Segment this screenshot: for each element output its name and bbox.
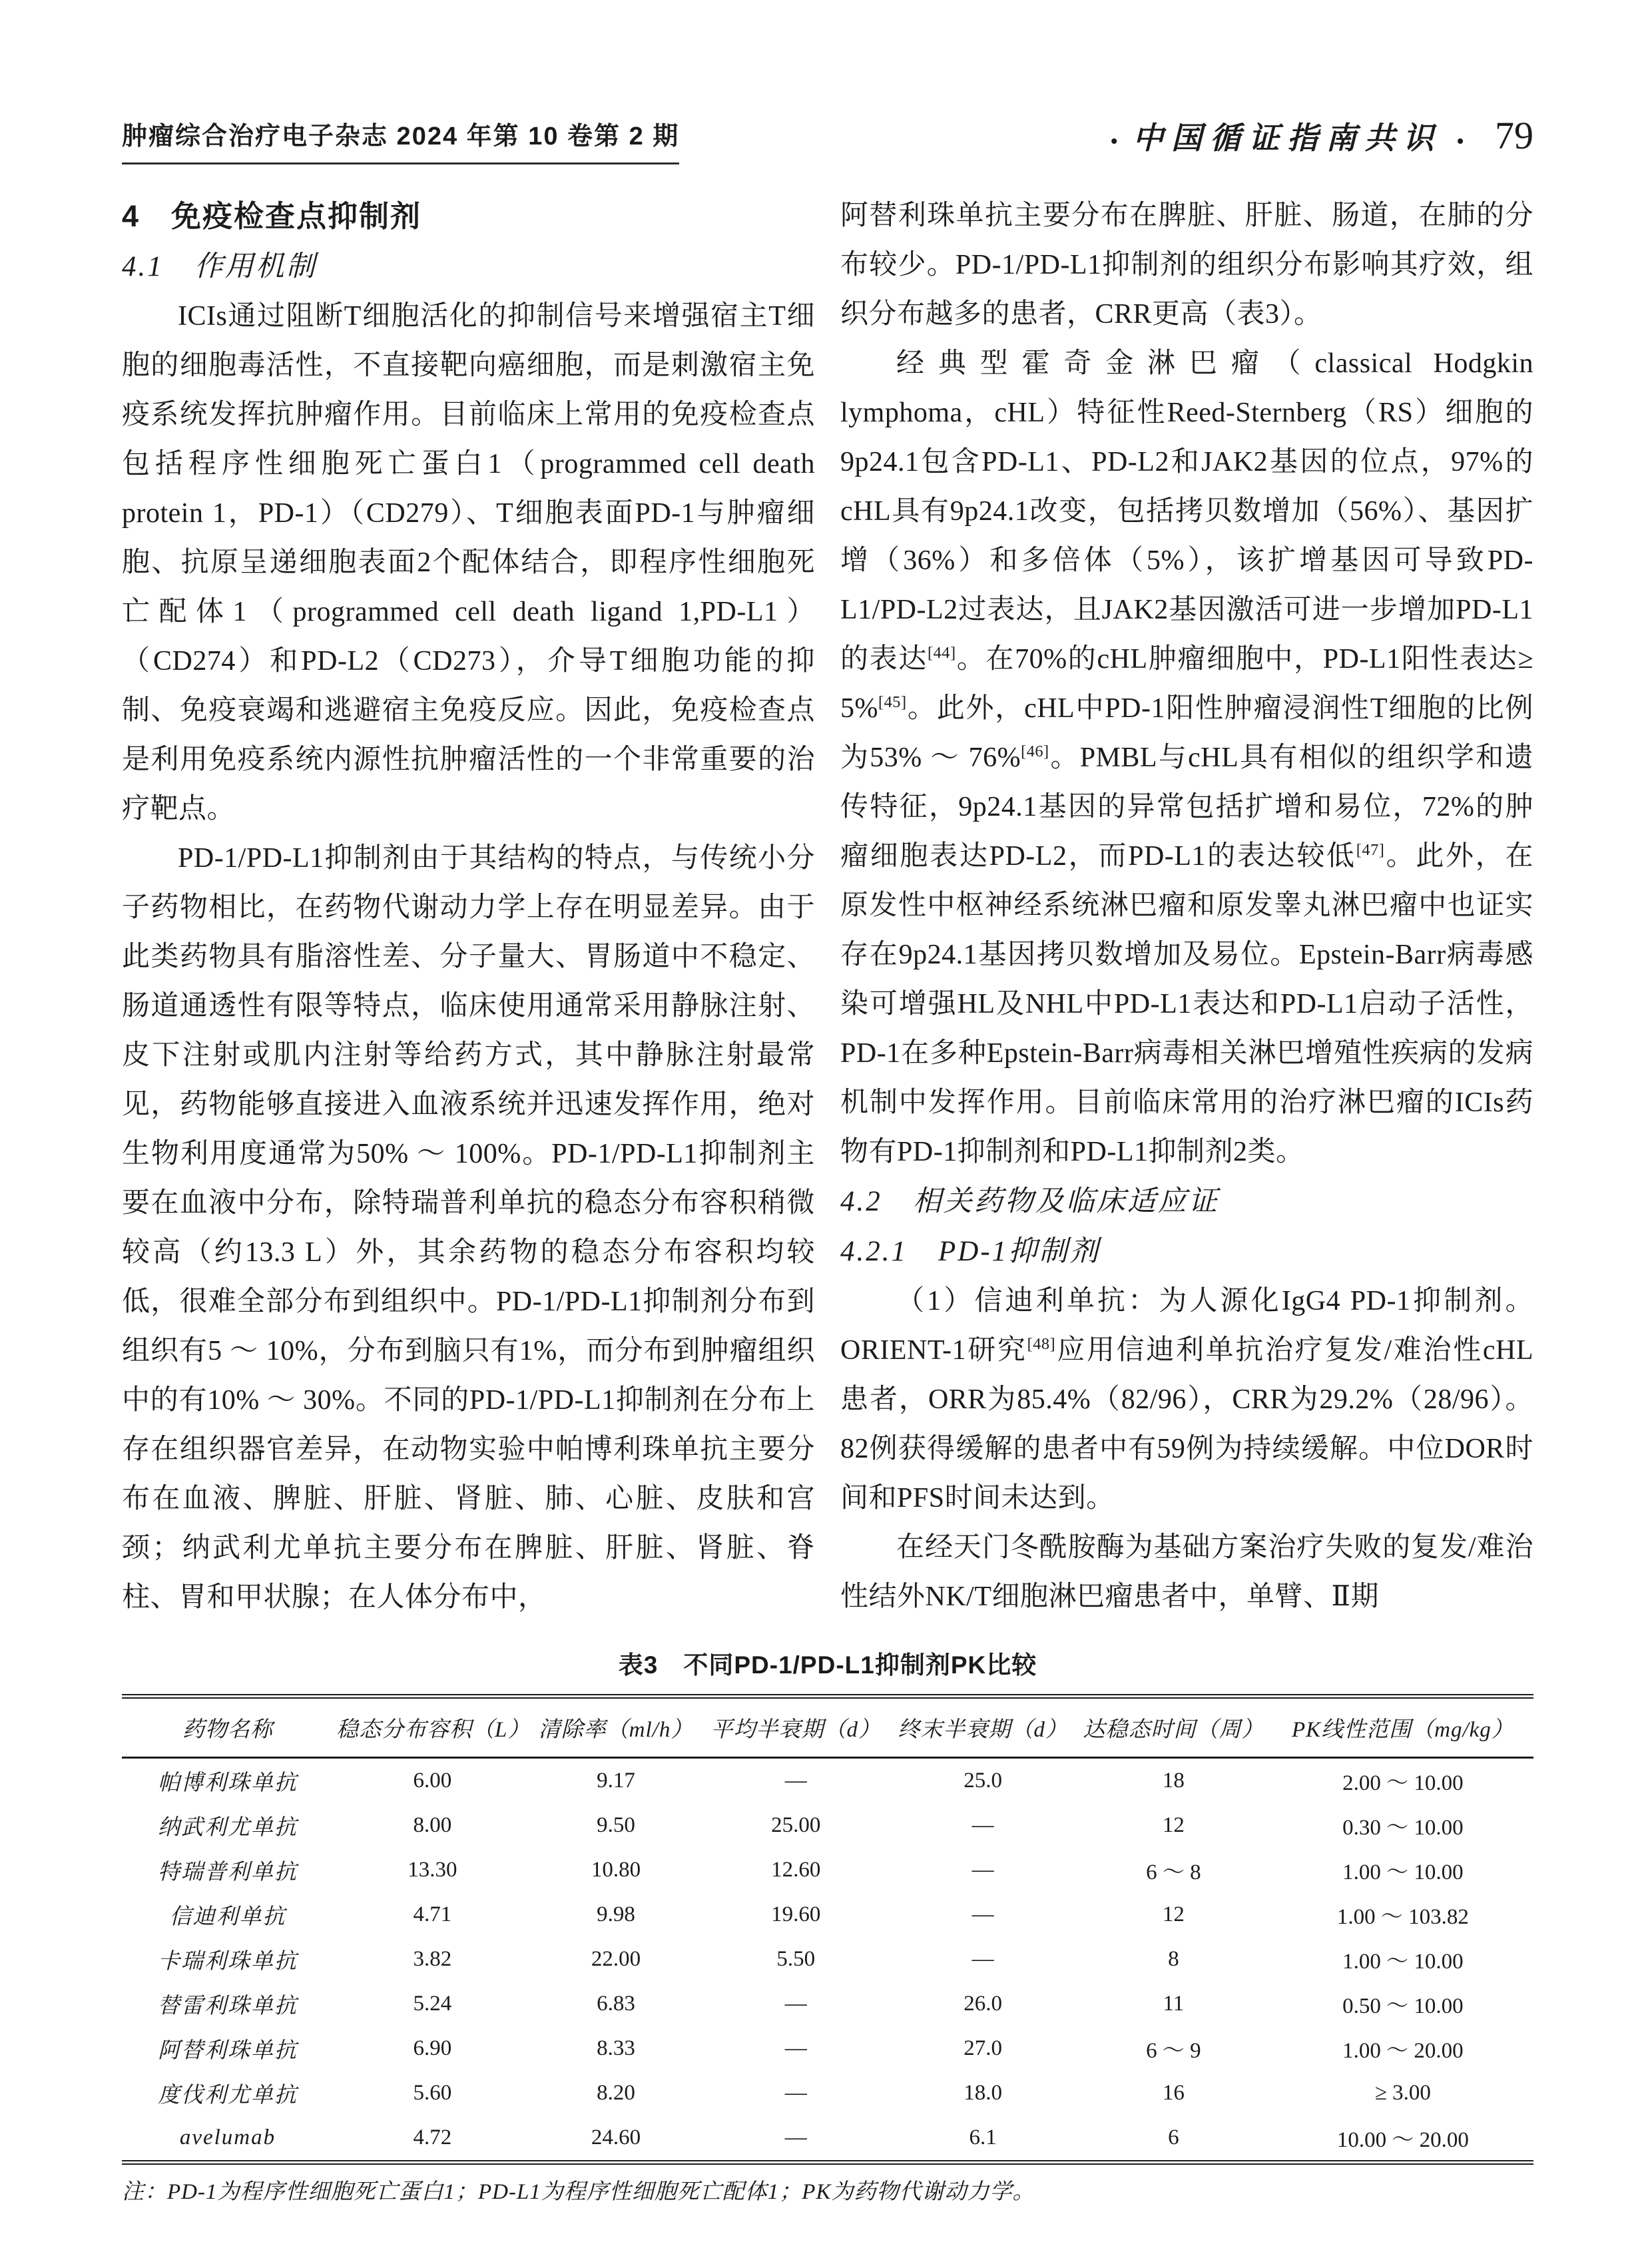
table-row: 特瑞普利单抗 13.30 10.80 12.60 — 6 ～ 8 1.00 ～ …: [122, 1848, 1533, 1892]
pk-range-cell: 1.00 ～ 10.00: [1272, 1848, 1533, 1892]
subsection-heading-4-2: 4.2 相关药物及临床适应证: [840, 1177, 1533, 1227]
steady-state-cell: 12: [1075, 1892, 1272, 1937]
drug-name-cell: avelumab: [122, 2115, 334, 2163]
terminal-half-life-cell: 25.0: [891, 1758, 1075, 1804]
table-header-row: 药物名称 稳态分布容积（L） 清除率（ml/h） 平均半衰期（d） 终末半衰期（…: [122, 1697, 1533, 1758]
col-header-drug-name: 药物名称: [122, 1697, 334, 1758]
col-header-vd: 稳态分布容积（L）: [334, 1697, 531, 1758]
terminal-half-life-cell: —: [891, 1937, 1075, 1982]
table3-footnote: 注：PD-1为程序性细胞死亡蛋白1；PD-L1为程序性细胞死亡配体1；PK为药物…: [122, 2177, 1533, 2207]
pk-range-cell: 0.30 ～ 10.00: [1272, 1803, 1533, 1848]
pk-range-cell: 10.00 ～ 20.00: [1272, 2115, 1533, 2163]
vd-cell: 3.82: [334, 1937, 531, 1982]
journal-page: 肿瘤综合治疗电子杂志 2024 年第 10 卷第 2 期 • 中国循证指南共识 …: [0, 0, 1652, 2242]
column-left: 4 免疫检查点抑制剂 4.1 作用机制 ICIs通过阻断T细胞活化的抑制信号来增…: [122, 191, 815, 1622]
section-heading-4: 4 免疫检查点抑制剂: [122, 191, 815, 242]
clearance-cell: 6.83: [531, 1982, 700, 2026]
paragraph-hodgkin: 经典型霍奇金淋巴瘤（classical Hodgkin lymphoma，cHL…: [840, 339, 1533, 1177]
vd-cell: 5.60: [334, 2071, 531, 2115]
subsection-heading-4-1: 4.1 作用机制: [122, 242, 815, 292]
drug-name-cell: 帕博利珠单抗: [122, 1758, 334, 1804]
terminal-half-life-cell: 26.0: [891, 1982, 1075, 2026]
steady-state-cell: 11: [1075, 1982, 1272, 2026]
clearance-cell: 8.33: [531, 2026, 700, 2071]
header-right: • 中国循证指南共识 • 79: [1110, 113, 1533, 164]
mean-half-life-cell: 5.50: [700, 1937, 891, 1982]
steady-state-cell: 16: [1075, 2071, 1272, 2115]
drug-name-cell: 纳武利尤单抗: [122, 1803, 334, 1848]
table3-block: 表3 不同PD-1/PD-L1抑制剂PK比较 药物名称 稳态分布容积（L） 清除…: [122, 1645, 1533, 2207]
mean-half-life-cell: —: [700, 1982, 891, 2026]
mean-half-life-cell: —: [700, 2071, 891, 2115]
table-row: 帕博利珠单抗 6.00 9.17 — 25.0 18 2.00 ～ 10.00: [122, 1758, 1533, 1804]
table-row: 卡瑞利珠单抗 3.82 22.00 5.50 — 8 1.00 ～ 10.00: [122, 1937, 1533, 1982]
mean-half-life-cell: 19.60: [700, 1892, 891, 1937]
vd-cell: 8.00: [334, 1803, 531, 1848]
mean-half-life-cell: 25.00: [700, 1803, 891, 1848]
page-number: 79: [1495, 113, 1533, 158]
clearance-cell: 22.00: [531, 1937, 700, 1982]
drug-name-cell: 特瑞普利单抗: [122, 1848, 334, 1892]
steady-state-cell: 6 ～ 8: [1075, 1848, 1272, 1892]
table-row: avelumab 4.72 24.60 — 6.1 6 10.00 ～ 20.0…: [122, 2115, 1533, 2163]
table-row: 信迪利单抗 4.71 9.98 19.60 — 12 1.00 ～ 103.82: [122, 1892, 1533, 1937]
pk-comparison-table: 药物名称 稳态分布容积（L） 清除率（ml/h） 平均半衰期（d） 终末半衰期（…: [122, 1694, 1533, 2165]
mean-half-life-cell: —: [700, 2026, 891, 2071]
pk-range-cell: 2.00 ～ 10.00: [1272, 1758, 1533, 1804]
drug-name-cell: 阿替利珠单抗: [122, 2026, 334, 2071]
column-right: 阿替利珠单抗主要分布在脾脏、肝脏、肠道，在肺的分布较少。PD-1/PD-L1抑制…: [840, 191, 1533, 1622]
vd-cell: 6.90: [334, 2026, 531, 2071]
vd-cell: 6.00: [334, 1758, 531, 1804]
vd-cell: 5.24: [334, 1982, 531, 2026]
col-header-steady-state: 达稳态时间（周）: [1075, 1697, 1272, 1758]
mean-half-life-cell: —: [700, 2115, 891, 2163]
drug-name-cell: 信迪利单抗: [122, 1892, 334, 1937]
drug-name-cell: 度伐利尤单抗: [122, 2071, 334, 2115]
pk-range-cell: 1.00 ～ 20.00: [1272, 2026, 1533, 2071]
table-row: 度伐利尤单抗 5.60 8.20 — 18.0 16 ≥ 3.00: [122, 2071, 1533, 2115]
subsection-heading-4-2-1: 4.2.1 PD-1抑制剂: [840, 1227, 1533, 1276]
journal-title: 肿瘤综合治疗电子杂志 2024 年第 10 卷第 2 期: [122, 115, 679, 164]
vd-cell: 4.71: [334, 1892, 531, 1937]
steady-state-cell: 12: [1075, 1803, 1272, 1848]
table-row: 纳武利尤单抗 8.00 9.50 25.00 — 12 0.30 ～ 10.00: [122, 1803, 1533, 1848]
vd-cell: 13.30: [334, 1848, 531, 1892]
col-header-mean-half-life: 平均半衰期（d）: [700, 1697, 891, 1758]
page-header: 肿瘤综合治疗电子杂志 2024 年第 10 卷第 2 期 • 中国循证指南共识 …: [122, 113, 1533, 164]
clearance-cell: 24.60: [531, 2115, 700, 2163]
clearance-cell: 8.20: [531, 2071, 700, 2115]
mean-half-life-cell: —: [700, 1758, 891, 1804]
pk-range-cell: 1.00 ～ 10.00: [1272, 1937, 1533, 1982]
pk-range-cell: 1.00 ～ 103.82: [1272, 1892, 1533, 1937]
bullet-icon: •: [1456, 131, 1464, 153]
drug-name-cell: 替雷利珠单抗: [122, 1982, 334, 2026]
table-row: 阿替利珠单抗 6.90 8.33 — 27.0 6 ～ 9 1.00 ～ 20.…: [122, 2026, 1533, 2071]
vd-cell: 4.72: [334, 2115, 531, 2163]
terminal-half-life-cell: —: [891, 1848, 1075, 1892]
terminal-half-life-cell: —: [891, 1803, 1075, 1848]
col-header-terminal-half-life: 终末半衰期（d）: [891, 1697, 1075, 1758]
paragraph-mechanism: ICIs通过阻断T细胞活化的抑制信号来增强宿主T细胞的细胞毒活性，不直接靶向癌细…: [122, 292, 815, 834]
clearance-cell: 10.80: [531, 1848, 700, 1892]
table-row: 替雷利珠单抗 5.24 6.83 — 26.0 11 0.50 ～ 10.00: [122, 1982, 1533, 2026]
steady-state-cell: 18: [1075, 1758, 1272, 1804]
bullet-icon: •: [1110, 131, 1118, 153]
terminal-half-life-cell: 6.1: [891, 2115, 1075, 2163]
terminal-half-life-cell: 18.0: [891, 2071, 1075, 2115]
paragraph-distribution-continued: 阿替利珠单抗主要分布在脾脏、肝脏、肠道，在肺的分布较少。PD-1/PD-L1抑制…: [840, 191, 1533, 339]
consensus-label: 中国循证指南共识: [1133, 114, 1442, 158]
terminal-half-life-cell: —: [891, 1892, 1075, 1937]
clearance-cell: 9.50: [531, 1803, 700, 1848]
col-header-pk-range: PK线性范围（mg/kg）: [1272, 1697, 1533, 1758]
paragraph-sintilimab: （1）信迪利单抗：为人源化IgG4 PD-1抑制剂。ORIENT-1研究[48]…: [840, 1276, 1533, 1523]
terminal-half-life-cell: 27.0: [891, 2026, 1075, 2071]
col-header-clearance: 清除率（ml/h）: [531, 1697, 700, 1758]
table3-title: 表3 不同PD-1/PD-L1抑制剂PK比较: [122, 1645, 1533, 1681]
drug-name-cell: 卡瑞利珠单抗: [122, 1937, 334, 1982]
steady-state-cell: 6 ～ 9: [1075, 2026, 1272, 2071]
clearance-cell: 9.98: [531, 1892, 700, 1937]
pk-range-cell: 0.50 ～ 10.00: [1272, 1982, 1533, 2026]
paragraph-nkt-lymphoma: 在经天门冬酰胺酶为基础方案治疗失败的复发/难治性结外NK/T细胞淋巴瘤患者中，单…: [840, 1523, 1533, 1621]
paragraph-pharmacokinetics: PD-1/PD-L1抑制剂由于其结构的特点，与传统小分子药物相比，在药物代谢动力…: [122, 834, 815, 1622]
pk-range-cell: ≥ 3.00: [1272, 2071, 1533, 2115]
steady-state-cell: 6: [1075, 2115, 1272, 2163]
article-body: 4 免疫检查点抑制剂 4.1 作用机制 ICIs通过阻断T细胞活化的抑制信号来增…: [122, 191, 1533, 1622]
mean-half-life-cell: 12.60: [700, 1848, 891, 1892]
clearance-cell: 9.17: [531, 1758, 700, 1804]
steady-state-cell: 8: [1075, 1937, 1272, 1982]
